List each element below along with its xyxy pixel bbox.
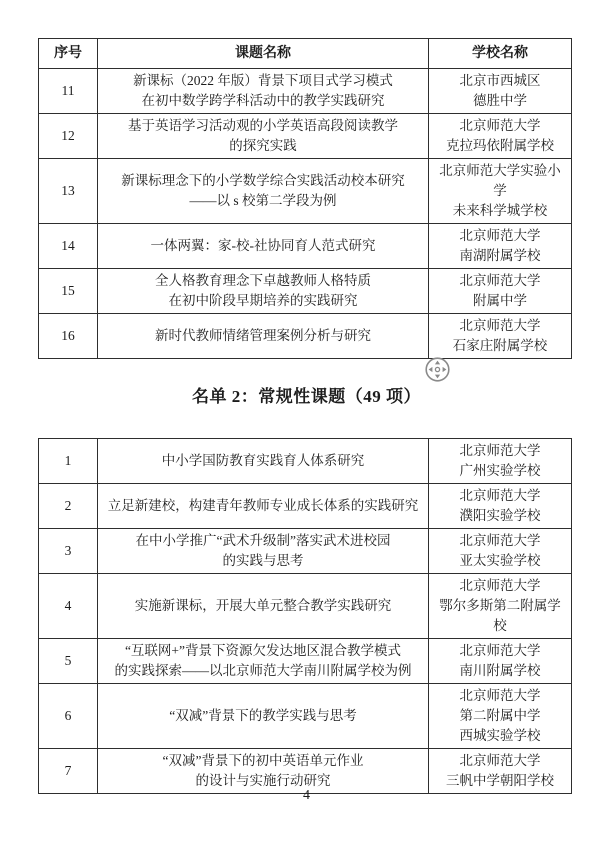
topic-line: 的实践与思考	[102, 551, 424, 571]
school-cell: 北京师范大学广州实验学校	[429, 439, 572, 484]
row-number-cell: 11	[39, 69, 98, 114]
topic-line: 新时代教师情绪管理案例分析与研究	[102, 326, 424, 346]
school-cell: 北京师范大学鄂尔多斯第二附属学校	[429, 574, 572, 639]
row-number-cell: 15	[39, 269, 98, 314]
topic-cell: 中小学国防教育实践育人体系研究	[98, 439, 429, 484]
table-row: 7“双减”背景下的初中英语单元作业的设计与实施行动研究北京师范大学三帆中学朝阳学…	[39, 749, 572, 794]
school-line: 北京师范大学	[433, 226, 567, 246]
header-topic: 课题名称	[98, 39, 429, 69]
topic-line: 在初中数学跨学科活动中的教学实践研究	[102, 91, 424, 111]
school-cell: 北京师范大学克拉玛依附属学校	[429, 114, 572, 159]
topic-cell: 新课标理念下的小学数学综合实践活动校本研究——以 s 校第二学段为例	[98, 159, 429, 224]
topic-line: “双减”背景下的教学实践与思考	[102, 706, 424, 726]
school-line: 北京市西城区	[433, 71, 567, 91]
school-line: 北京师范大学	[433, 271, 567, 291]
school-line: 北京师范大学	[433, 441, 567, 461]
topic-cell: 一体两翼：家-校-社协同育人范式研究	[98, 224, 429, 269]
school-line: 北京师范大学	[433, 641, 567, 661]
table-row: 4实施新课标，开展大单元整合教学实践研究北京师范大学鄂尔多斯第二附属学校	[39, 574, 572, 639]
school-cell: 北京师范大学亚太实验学校	[429, 529, 572, 574]
school-line: 北京师范大学	[433, 531, 567, 551]
topic-line: 一体两翼：家-校-社协同育人范式研究	[102, 236, 424, 256]
topic-line: 立足新建校，构建青年教师专业成长体系的实践研究	[102, 496, 424, 516]
table-row: 16新时代教师情绪管理案例分析与研究北京师范大学石家庄附属学校	[39, 314, 572, 359]
topic-line: 新课标（2022 年版）背景下项目式学习模式	[102, 71, 424, 91]
school-line: 北京师范大学	[433, 316, 567, 336]
topic-line: 新课标理念下的小学数学综合实践活动校本研究	[102, 171, 424, 191]
school-line: 第二附属中学	[433, 706, 567, 726]
row-number-cell: 2	[39, 484, 98, 529]
topic-line: 全人格教育理念下卓越教师人格特质	[102, 271, 424, 291]
school-line: 克拉玛依附属学校	[433, 136, 567, 156]
school-cell: 北京师范大学第二附属中学西城实验学校	[429, 684, 572, 749]
school-line: 北京师范大学	[433, 686, 567, 706]
school-line: 德胜中学	[433, 91, 567, 111]
topic-cell: “双减”背景下的教学实践与思考	[98, 684, 429, 749]
table-header-row: 序号 课题名称 学校名称	[39, 39, 572, 69]
school-line: 北京师范大学	[433, 486, 567, 506]
topic-cell: 在中小学推广“武术升级制”落实武术进校园的实践与思考	[98, 529, 429, 574]
table-row: 13新课标理念下的小学数学综合实践活动校本研究——以 s 校第二学段为例北京师范…	[39, 159, 572, 224]
school-line: 广州实验学校	[433, 461, 567, 481]
topic-cell: “互联网+”背景下资源欠发达地区混合教学模式的实践探索——以北京师范大学南川附属…	[98, 639, 429, 684]
topic-cell: 新课标（2022 年版）背景下项目式学习模式在初中数学跨学科活动中的教学实践研究	[98, 69, 429, 114]
row-number-cell: 6	[39, 684, 98, 749]
school-line: 南湖附属学校	[433, 246, 567, 266]
special-topics-table: 序号 课题名称 学校名称 11新课标（2022 年版）背景下项目式学习模式在初中…	[38, 38, 572, 359]
school-cell: 北京师范大学南川附属学校	[429, 639, 572, 684]
row-number-cell: 1	[39, 439, 98, 484]
topic-line: 中小学国防教育实践育人体系研究	[102, 451, 424, 471]
row-number-cell: 13	[39, 159, 98, 224]
row-number-cell: 16	[39, 314, 98, 359]
school-cell: 北京师范大学南湖附属学校	[429, 224, 572, 269]
topic-line: “互联网+”背景下资源欠发达地区混合教学模式	[102, 641, 424, 661]
school-line: 鄂尔多斯第二附属学校	[433, 596, 567, 636]
row-number-cell: 3	[39, 529, 98, 574]
row-number-cell: 12	[39, 114, 98, 159]
topic-cell: 基于英语学习活动观的小学英语高段阅读教学的探究实践	[98, 114, 429, 159]
topic-line: “双减”背景下的初中英语单元作业	[102, 751, 424, 771]
topic-line: 在中小学推广“武术升级制”落实武术进校园	[102, 531, 424, 551]
topic-cell: 全人格教育理念下卓越教师人格特质在初中阶段早期培养的实践研究	[98, 269, 429, 314]
header-no: 序号	[39, 39, 98, 69]
section-heading: 名单 2：常规性课题（49 项）	[0, 382, 613, 407]
table-row: 3在中小学推广“武术升级制”落实武术进校园的实践与思考北京师范大学亚太实验学校	[39, 529, 572, 574]
school-cell: 北京师范大学实验小学未来科学城学校	[429, 159, 572, 224]
school-cell: 北京市西城区德胜中学	[429, 69, 572, 114]
row-number-cell: 7	[39, 749, 98, 794]
topic-cell: “双减”背景下的初中英语单元作业的设计与实施行动研究	[98, 749, 429, 794]
school-line: 南川附属学校	[433, 661, 567, 681]
school-line: 附属中学	[433, 291, 567, 311]
topic-cell: 立足新建校，构建青年教师专业成长体系的实践研究	[98, 484, 429, 529]
school-line: 北京师范大学	[433, 576, 567, 596]
school-cell: 北京师范大学濮阳实验学校	[429, 484, 572, 529]
school-cell: 北京师范大学石家庄附属学校	[429, 314, 572, 359]
topic-line: 实施新课标，开展大单元整合教学实践研究	[102, 596, 424, 616]
table-row: 1中小学国防教育实践育人体系研究北京师范大学广州实验学校	[39, 439, 572, 484]
school-line: 北京师范大学实验小学	[433, 161, 567, 201]
row-number-cell: 5	[39, 639, 98, 684]
school-cell: 北京师范大学三帆中学朝阳学校	[429, 749, 572, 794]
topic-line: ——以 s 校第二学段为例	[102, 191, 424, 211]
topic-line: 的探究实践	[102, 136, 424, 156]
school-line: 石家庄附属学校	[433, 336, 567, 356]
table-row: 15全人格教育理念下卓越教师人格特质在初中阶段早期培养的实践研究北京师范大学附属…	[39, 269, 572, 314]
row-number-cell: 14	[39, 224, 98, 269]
table-row: 12基于英语学习活动观的小学英语高段阅读教学的探究实践北京师范大学克拉玛依附属学…	[39, 114, 572, 159]
table-row: 6“双减”背景下的教学实践与思考北京师范大学第二附属中学西城实验学校	[39, 684, 572, 749]
table-row: 2立足新建校，构建青年教师专业成长体系的实践研究北京师范大学濮阳实验学校	[39, 484, 572, 529]
table-row: 5“互联网+”背景下资源欠发达地区混合教学模式的实践探索——以北京师范大学南川附…	[39, 639, 572, 684]
header-school: 学校名称	[429, 39, 572, 69]
regular-topics-table: 1中小学国防教育实践育人体系研究北京师范大学广州实验学校2立足新建校，构建青年教…	[38, 438, 572, 794]
school-line: 西城实验学校	[433, 726, 567, 746]
topic-line: 的实践探索——以北京师范大学南川附属学校为例	[102, 661, 424, 681]
school-line: 未来科学城学校	[433, 201, 567, 221]
school-line: 北京师范大学	[433, 116, 567, 136]
table-row: 14一体两翼：家-校-社协同育人范式研究北京师范大学南湖附属学校	[39, 224, 572, 269]
topic-cell: 新时代教师情绪管理案例分析与研究	[98, 314, 429, 359]
topic-line: 在初中阶段早期培养的实践研究	[102, 291, 424, 311]
table-row: 11新课标（2022 年版）背景下项目式学习模式在初中数学跨学科活动中的教学实践…	[39, 69, 572, 114]
school-line: 亚太实验学校	[433, 551, 567, 571]
autoscroll-pan-icon	[424, 356, 451, 383]
topic-line: 基于英语学习活动观的小学英语高段阅读教学	[102, 116, 424, 136]
page-number: 4	[0, 788, 613, 804]
topic-cell: 实施新课标，开展大单元整合教学实践研究	[98, 574, 429, 639]
school-cell: 北京师范大学附属中学	[429, 269, 572, 314]
school-line: 濮阳实验学校	[433, 506, 567, 526]
row-number-cell: 4	[39, 574, 98, 639]
school-line: 北京师范大学	[433, 751, 567, 771]
